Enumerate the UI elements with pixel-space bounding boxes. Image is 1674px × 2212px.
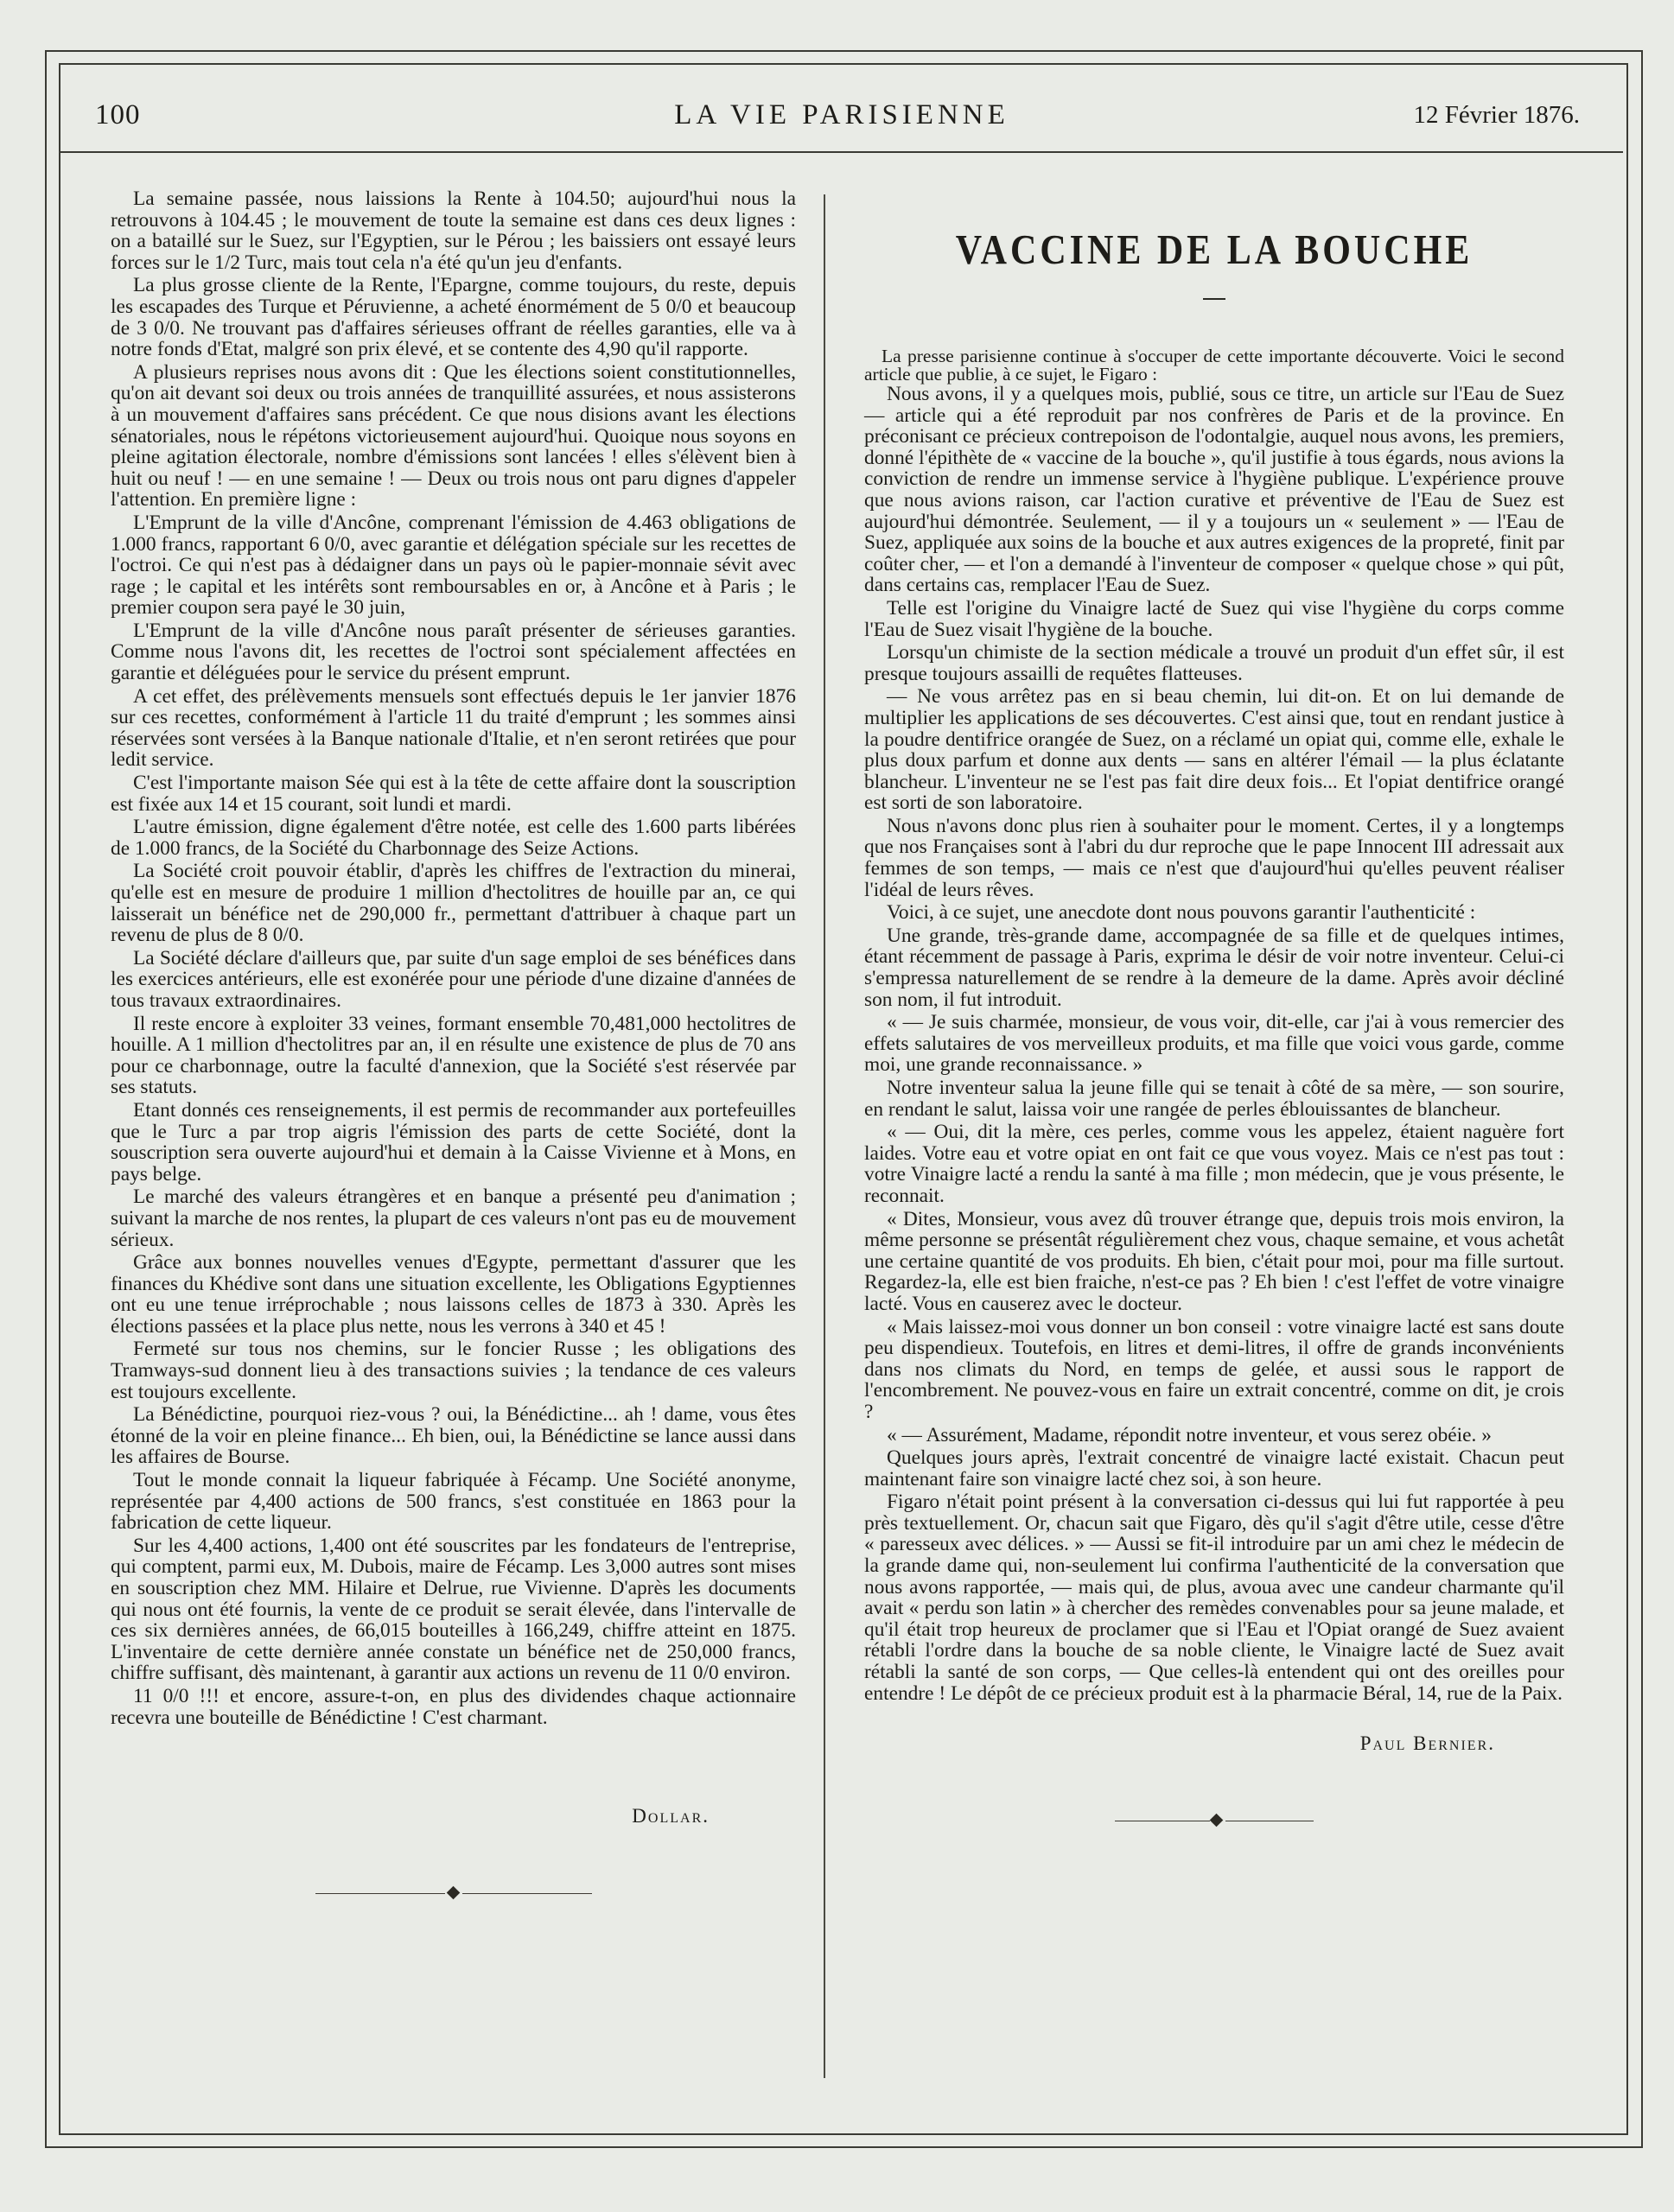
- paragraph: Sur les 4,400 actions, 1,400 ont été sou…: [111, 1535, 796, 1684]
- author-signature: Paul Bernier.: [864, 1733, 1564, 1755]
- ornament-rule: [1115, 1821, 1210, 1822]
- paragraph: A plusieurs reprises nous avons dit : Qu…: [111, 362, 796, 511]
- ornament-rule: [462, 1893, 592, 1895]
- paragraph: « — Je suis charmée, monsieur, de vous v…: [864, 1012, 1564, 1076]
- column-divider: [824, 194, 825, 2078]
- ornament-rule: [315, 1893, 445, 1895]
- paragraph: Nous n'avons donc plus rien à souhaiter …: [864, 816, 1564, 900]
- paragraph: « Dites, Monsieur, vous avez dû trouver …: [864, 1209, 1564, 1315]
- paragraph: Quelques jours après, l'extrait concentr…: [864, 1447, 1564, 1490]
- paragraph: C'est l'importante maison Sée qui est à …: [111, 772, 796, 815]
- paragraph: « Mais laissez-moi vous donner un bon co…: [864, 1317, 1564, 1423]
- paragraph: La plus grosse cliente de la Rente, l'Ep…: [111, 275, 796, 359]
- paragraph: « — Assurément, Madame, répondit notre i…: [864, 1425, 1564, 1446]
- paragraph: L'Emprunt de la ville d'Ancône, comprena…: [111, 512, 796, 619]
- paragraph: A cet effet, des prélèvements mensuels s…: [111, 686, 796, 771]
- paragraph: Notre inventeur salua la jeune fille qui…: [864, 1077, 1564, 1120]
- diamond-icon: [1210, 1814, 1224, 1827]
- article-intro: La presse parisienne continue à s'occupe…: [864, 347, 1564, 384]
- paragraph: Lorsqu'un chimiste de la section médical…: [864, 642, 1564, 684]
- paragraph: La Bénédictine, pourquoi riez-vous ? oui…: [111, 1404, 796, 1468]
- paragraph: Figaro n'était point présent à la conver…: [864, 1491, 1564, 1704]
- paragraph: L'Emprunt de la ville d'Ancône nous para…: [111, 620, 796, 684]
- financial-chronicle-column: La semaine passée, nous laissions la Ren…: [111, 188, 796, 1900]
- paragraph: « — Oui, dit la mère, ces perles, comme …: [864, 1122, 1564, 1206]
- paragraph: La semaine passée, nous laissions la Ren…: [111, 188, 796, 273]
- paragraph: Une grande, très-grande dame, accompagné…: [864, 925, 1564, 1010]
- ornament-rule: [1225, 1821, 1314, 1822]
- paragraph: Grâce aux bonnes nouvelles venues d'Egyp…: [111, 1252, 796, 1337]
- paragraph: Nous avons, il y a quelques mois, publié…: [864, 384, 1564, 596]
- paragraph: Fermeté sur tous nos chemins, sur le fon…: [111, 1338, 796, 1402]
- paragraph: Telle est l'origine du Vinaigre lacté de…: [864, 598, 1564, 640]
- fleuron-ornament-icon: [315, 1888, 592, 1900]
- paragraph: 11 0/0 !!! et encore, assure-t-on, en pl…: [111, 1686, 796, 1728]
- running-head: 100 LA VIE PARISIENNE 12 Février 1876.: [60, 65, 1623, 153]
- journal-title: LA VIE PARISIENNE: [60, 99, 1623, 131]
- paragraph: Il reste encore à exploiter 33 veines, f…: [111, 1014, 796, 1098]
- title-dash: [1203, 298, 1225, 300]
- paragraph: Le marché des valeurs étrangères et en b…: [111, 1186, 796, 1250]
- paragraph: — Ne vous arrêtez pas en si beau chemin,…: [864, 686, 1564, 814]
- author-signature: Dollar.: [111, 1806, 796, 1827]
- paragraph: La Société croit pouvoir établir, d'aprè…: [111, 861, 796, 945]
- fleuron-ornament-icon: [1115, 1815, 1314, 1827]
- paragraph: L'autre émission, digne également d'être…: [111, 817, 796, 859]
- issue-date: 12 Février 1876.: [1414, 101, 1581, 130]
- paragraph: Tout le monde connait la liqueur fabriqu…: [111, 1470, 796, 1534]
- diamond-icon: [446, 1885, 460, 1899]
- intro-paragraph: La presse parisienne continue à s'occupe…: [864, 347, 1564, 384]
- article-title: VACCINE DE LA BOUCHE: [864, 226, 1564, 276]
- paragraph: Voici, à ce sujet, une anecdote dont nou…: [864, 902, 1564, 924]
- vaccine-article-column: VACCINE DE LA BOUCHE La presse parisienn…: [864, 220, 1564, 1827]
- paragraph: Etant donnés ces renseignements, il est …: [111, 1100, 796, 1185]
- paragraph: La Société déclare d'ailleurs que, par s…: [111, 948, 796, 1012]
